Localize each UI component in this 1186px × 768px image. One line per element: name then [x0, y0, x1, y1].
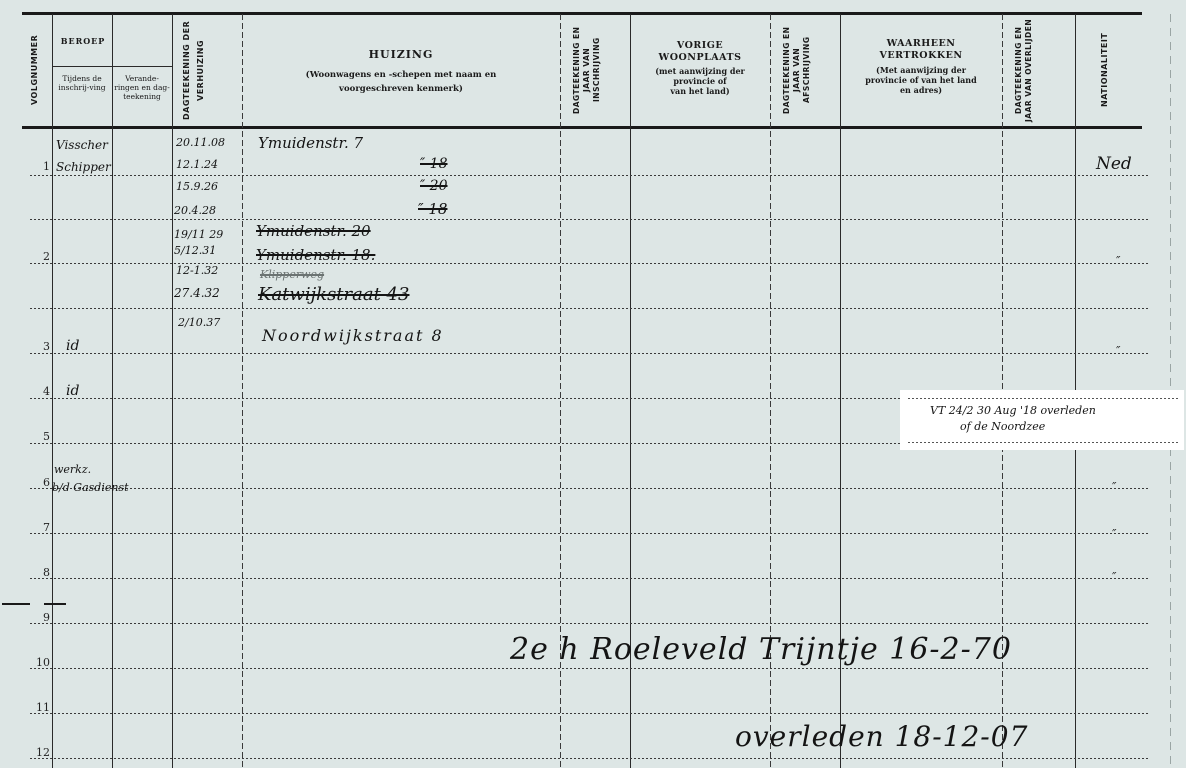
- row-number: 1: [30, 160, 50, 173]
- header-dagteekening-verhuizing: DAGTEEKENING DER VERHUIZING: [180, 18, 236, 122]
- row-number: 10: [30, 656, 50, 669]
- verhuizing-date: 27.4.32: [174, 286, 220, 300]
- huizing-address-struck: ″ 20: [300, 178, 448, 194]
- huizing-address-struck: Ymuidenstr. 20: [256, 222, 371, 240]
- header-dagteekening-afschrijving: DAGTEEKENING EN JAAR VAN AFSCHRIJVING: [782, 18, 834, 122]
- annotation-note-line1: VT 24/2 30 Aug '18 overleden: [930, 404, 1096, 417]
- row-line: [30, 533, 1150, 534]
- verhuizing-date: 15.9.26: [176, 180, 218, 193]
- marriage-note: 2e h Roeleveld Trijntje 16-2-70: [510, 632, 1012, 667]
- row-line: [30, 713, 1150, 714]
- row-line: [30, 488, 1150, 489]
- huizing-address-struck: ″ 18: [300, 156, 448, 172]
- nationaliteit-ditto: ″: [1116, 254, 1120, 268]
- margin-mark: [2, 603, 30, 605]
- huizing-address-current: Noordwijkstraat 8: [262, 326, 444, 345]
- nationaliteit-ditto: ″: [1112, 480, 1116, 494]
- header-huizing: HUIZING: [246, 48, 556, 61]
- row-line: [30, 668, 1150, 669]
- huizing-address: Ymuidenstr. 7: [258, 134, 363, 152]
- header-vorige-woonplaats-2: WOONPLAATS: [632, 52, 768, 63]
- verhuizing-date: 20.4.28: [174, 204, 216, 217]
- row-number: 9: [30, 611, 50, 624]
- row-line: [30, 308, 1150, 309]
- header-dagteekening-overlijden: DAGTEEKENING EN JAAR VAN OVERLIJDEN: [1014, 18, 1066, 122]
- header-waarheen-sub2: provincie of van het land: [842, 75, 1000, 85]
- annotation-note-line2: of de Noordzee: [960, 420, 1045, 433]
- header-nationaliteit: NATIONALITEIT: [1100, 18, 1118, 122]
- row-number: 7: [30, 521, 50, 534]
- verhuizing-date: 12.1.24: [176, 158, 218, 171]
- header-vorige-woonplaats-1: VORIGE: [632, 40, 768, 51]
- beroep-entry-1b: Schipper: [56, 160, 111, 174]
- row-number: 11: [30, 701, 50, 714]
- verhuizing-date: 2/10.37: [178, 316, 220, 329]
- column-divider: [242, 14, 243, 768]
- header-huizing-subtitle-2: voorgeschreven kenmerk): [246, 84, 556, 95]
- header-waarheen-1: WAARHEEN: [842, 38, 1000, 49]
- column-divider: [52, 14, 53, 768]
- register-card: VOLGNUMMER BEROEP Tijdens de inschrij-vi…: [0, 0, 1186, 768]
- header-waarheen-sub1: (Met aanwijzing der: [842, 65, 1000, 75]
- row-number: 3: [30, 340, 50, 353]
- row-line: [30, 175, 1150, 176]
- beroep-entry-4: id: [66, 383, 79, 399]
- margin-mark: [44, 603, 66, 605]
- header-vorige-woonplaats-sub1: (met aanwijzing der: [632, 66, 768, 76]
- header-vorige-woonplaats-sub2: provincie of: [632, 76, 768, 86]
- row-number: 4: [30, 385, 50, 398]
- row-number: 2: [30, 250, 50, 263]
- beroep-entry-6b: b/d Gasdienst: [52, 481, 129, 494]
- header-waarheen-2: VERTROKKEN: [842, 50, 1000, 61]
- nationaliteit-ditto: ″: [1112, 570, 1116, 584]
- huizing-address-struck: Katwijkstraat 43: [258, 284, 409, 305]
- beroep-entry-6a: werkz.: [54, 463, 91, 476]
- huizing-address-struck: ″ 18: [258, 200, 447, 218]
- row-line: [30, 353, 1150, 354]
- row-line: [30, 623, 1150, 624]
- row-line: [30, 219, 1150, 220]
- header-vorige-woonplaats-sub3: van het land): [632, 86, 768, 96]
- header-beroep: BEROEP: [54, 36, 112, 46]
- nationaliteit-ditto: ″: [1112, 527, 1116, 541]
- verhuizing-date: 20.11.08: [176, 136, 225, 149]
- header-beroep-tijdens: Tijdens de inschrij-ving: [54, 74, 110, 92]
- verhuizing-date: 19/11 29: [174, 228, 223, 241]
- row-line: [30, 578, 1150, 579]
- column-divider: [172, 14, 173, 768]
- verhuizing-date: 5/12.31: [174, 244, 216, 257]
- row-number: 6: [30, 476, 50, 489]
- row-line: [30, 758, 1150, 759]
- huizing-address-struck: Ymuidenstr. 18.: [256, 246, 375, 264]
- header-bottom-rule: [22, 126, 1142, 129]
- beroep-entry-1a: Visscher: [56, 138, 108, 152]
- column-divider: [112, 14, 113, 768]
- death-annotation-patch: VT 24/2 30 Aug '18 overleden of de Noord…: [900, 390, 1184, 450]
- huizing-address-struck: Klipperweg: [260, 268, 324, 281]
- verhuizing-date: 12-1.32: [176, 264, 218, 277]
- nationaliteit-entry: Ned: [1096, 154, 1132, 174]
- row-number: 12: [30, 746, 50, 759]
- header-dagteekening-inschrijving: DAGTEEKENING EN JAAR VAN INSCHRIJVING: [572, 18, 624, 122]
- beroep-entry-3: id: [66, 338, 79, 354]
- header-huizing-subtitle-1: (Woonwagens en -schepen met naam en: [246, 70, 556, 81]
- row-number: 5: [30, 430, 50, 443]
- nationaliteit-ditto: ″: [1116, 344, 1120, 358]
- death-note: overleden 18-12-07: [735, 720, 1028, 753]
- row-number: 8: [30, 566, 50, 579]
- top-rule: [22, 12, 1142, 15]
- header-volgnummer: VOLGNUMMER: [30, 20, 48, 120]
- header-beroep-veranderingen: Verande-ringen en dag-teekening: [113, 74, 171, 101]
- header-waarheen-sub3: en adres): [842, 85, 1000, 95]
